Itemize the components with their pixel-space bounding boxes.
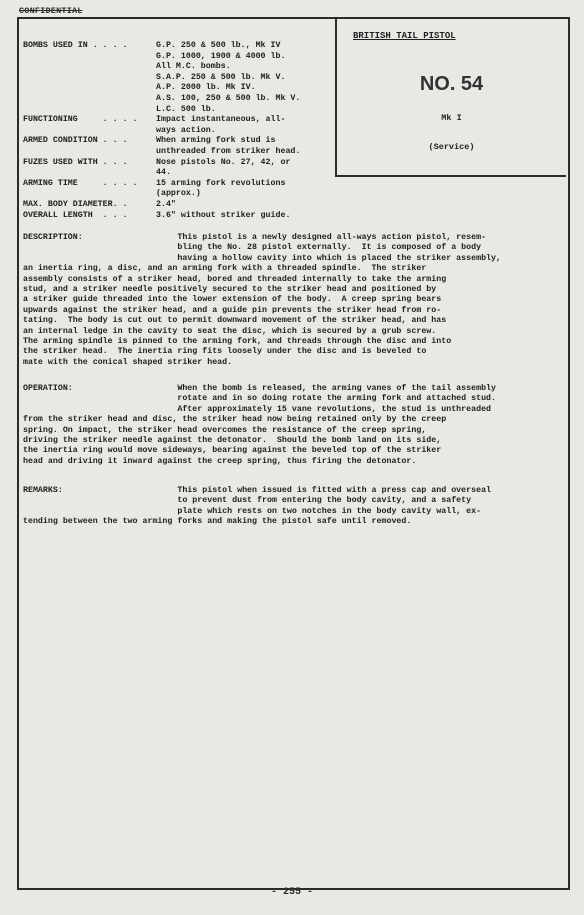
spec-value: Impact instantaneous, all- ways action. bbox=[156, 115, 285, 136]
spec-armed-condition: ARMED CONDITION . . . When arming fork s… bbox=[23, 136, 343, 157]
item-mark: Mk I bbox=[337, 113, 566, 123]
spec-label: MAX. BODY DIAMETER. . bbox=[23, 200, 156, 211]
remarks-text: This pistol when issued is fitted with a… bbox=[23, 486, 558, 528]
spec-value: When arming fork stud is unthreaded from… bbox=[156, 136, 300, 157]
spec-label: ARMING TIME . . . . bbox=[23, 179, 156, 200]
spec-overall-length: OVERALL LENGTH . . . 3.6" without strike… bbox=[23, 211, 343, 222]
operation-section: OPERATION: When the bomb is released, th… bbox=[23, 384, 558, 467]
operation-text: When the bomb is released, the arming va… bbox=[23, 384, 558, 467]
spec-label: FUZES USED WITH . . . bbox=[23, 158, 156, 179]
spec-value: 3.6" without striker guide. bbox=[156, 211, 290, 222]
page-number: - 255 - bbox=[0, 887, 584, 898]
classification-stamp: CONFIDENTIAL bbox=[19, 6, 83, 16]
item-number: NO. 54 bbox=[337, 73, 566, 96]
operation-heading: OPERATION: bbox=[23, 384, 73, 394]
spec-max-body-diameter: MAX. BODY DIAMETER. . 2.4" bbox=[23, 200, 343, 211]
spec-value: G.P. 250 & 500 lb., Mk IV G.P. 1000, 190… bbox=[156, 41, 300, 115]
spec-label: FUNCTIONING . . . . bbox=[23, 115, 156, 136]
description-heading: DESCRIPTION: bbox=[23, 233, 83, 243]
spec-value: Nose pistols No. 27, 42, or 44. bbox=[156, 158, 290, 179]
remarks-heading: REMARKS: bbox=[23, 486, 63, 496]
spec-value: 15 arming fork revolutions (approx.) bbox=[156, 179, 285, 200]
remarks-section: REMARKS: This pistol when issued is fitt… bbox=[23, 486, 558, 528]
item-category: BRITISH TAIL PISTOL bbox=[353, 31, 456, 41]
spec-label: BOMBS USED IN . . . . bbox=[23, 41, 156, 115]
spec-bombs-used-in: BOMBS USED IN . . . . G.P. 250 & 500 lb.… bbox=[23, 41, 343, 115]
specifications-list: BOMBS USED IN . . . . G.P. 250 & 500 lb.… bbox=[23, 41, 343, 221]
spec-label: ARMED CONDITION . . . bbox=[23, 136, 156, 157]
spec-label: OVERALL LENGTH . . . bbox=[23, 211, 156, 222]
item-status: (Service) bbox=[337, 142, 566, 152]
description-text: This pistol is a newly designed all-ways… bbox=[23, 233, 558, 368]
spec-fuzes-used-with: FUZES USED WITH . . . Nose pistols No. 2… bbox=[23, 158, 343, 179]
spec-value: 2.4" bbox=[156, 200, 176, 211]
title-box: BRITISH TAIL PISTOL NO. 54 Mk I (Service… bbox=[335, 17, 566, 177]
spec-functioning: FUNCTIONING . . . . Impact instantaneous… bbox=[23, 115, 343, 136]
description-section: DESCRIPTION: This pistol is a newly desi… bbox=[23, 233, 558, 368]
spec-arming-time: ARMING TIME . . . . 15 arming fork revol… bbox=[23, 179, 343, 200]
